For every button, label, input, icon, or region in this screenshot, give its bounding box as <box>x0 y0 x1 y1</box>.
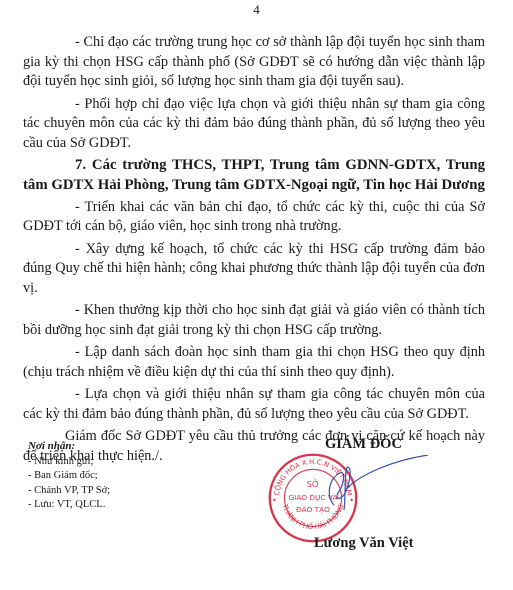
section-heading: 7. Các trường THCS, THPT, Trung tâm GDNN… <box>23 156 485 195</box>
paragraph: - Xây dựng kế hoạch, tổ chức các kỳ thi … <box>23 240 485 299</box>
recipient-item: - Chánh VP, TP Sở; <box>28 484 110 499</box>
signer-name: Lương Văn Việt <box>314 535 413 552</box>
paragraph: - Lựa chọn và giới thiệu nhân sự tham gi… <box>23 385 485 424</box>
paragraph: - Lập danh sách đoàn học sinh tham gia t… <box>23 343 485 382</box>
recipients-block: Nơi nhận: - Như kính gửi; - Ban Giám đốc… <box>28 439 110 513</box>
recipient-item: - Ban Giám đốc; <box>28 469 110 484</box>
recipients-title: Nơi nhận: <box>28 439 110 454</box>
paragraph: - Phối hợp chỉ đạo việc lựa chọn và giới… <box>23 95 485 154</box>
page-number: 4 <box>0 2 513 18</box>
paragraph: - Khen thưởng kịp thời cho học sinh đạt … <box>23 301 485 340</box>
recipient-item: - Như kính gửi; <box>28 455 110 470</box>
paragraph: - Chỉ đạo các trường trung học cơ sở thà… <box>23 33 485 92</box>
recipient-item: - Lưu: VT, QLCL. <box>28 498 110 513</box>
paragraph: - Triển khai các văn bản chỉ đạo, tổ chứ… <box>23 198 485 237</box>
signer-title: GIÁM ĐỐC <box>325 436 402 453</box>
signature-icon <box>320 455 430 520</box>
document-body: - Chỉ đạo các trường trung học cơ sở thà… <box>23 33 485 469</box>
stamp-line1: SỞ <box>307 478 320 489</box>
